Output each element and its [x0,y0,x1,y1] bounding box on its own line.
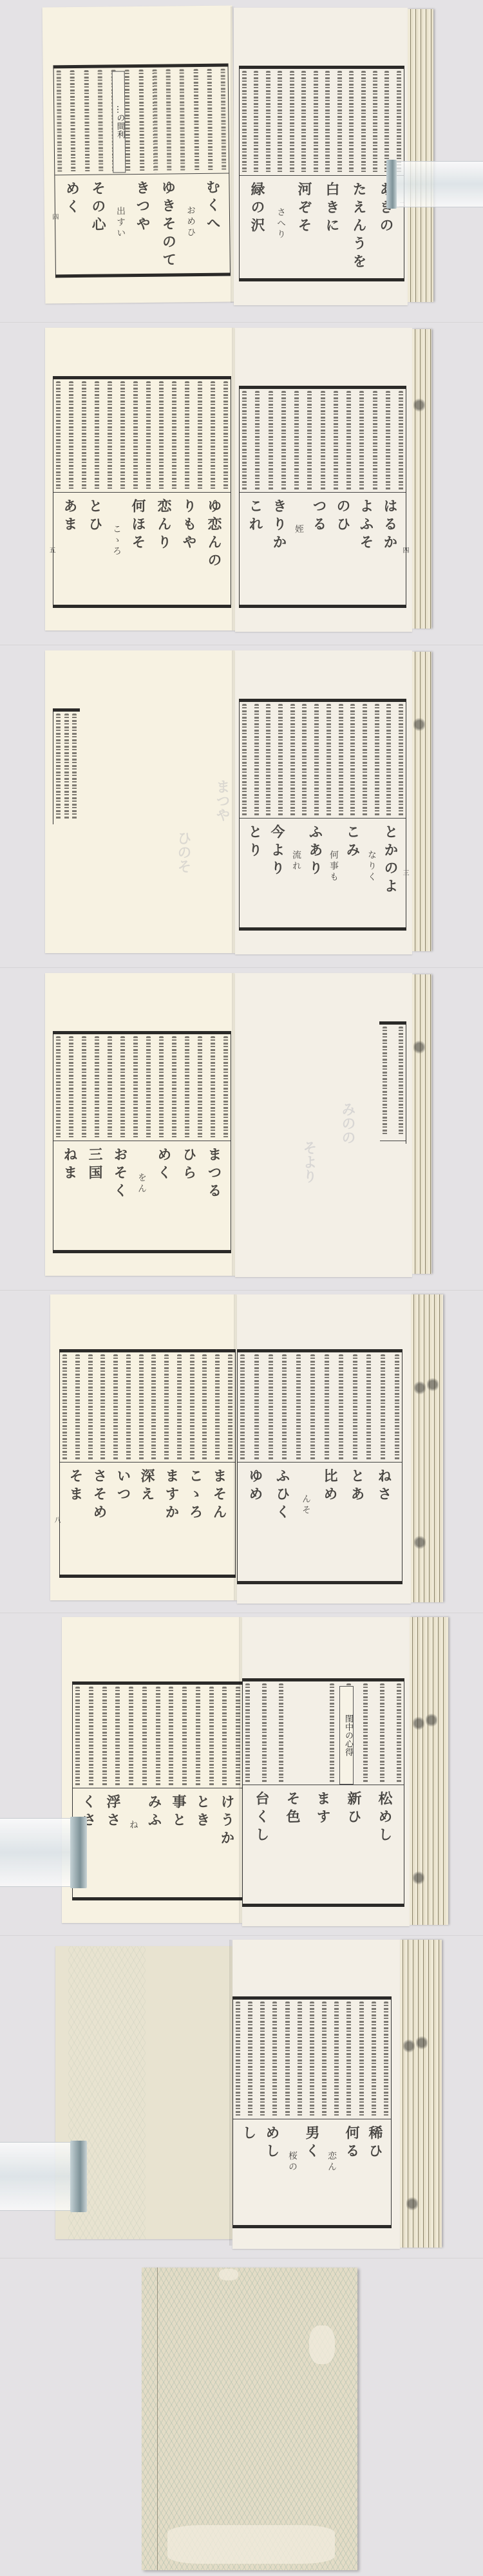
photo-panel-3: まつや ひのそ とかのよ なりく こみ 何事も ふあり 流れ 今より と [0,645,483,967]
annotation-columns [242,391,403,491]
folio-number: 四 [50,213,59,220]
folio-number: 五 [46,547,56,553]
photo-panel-4: まつる ひら めく をん おそく 三国 ねま みのの [0,967,483,1290]
section-heading: …の間利 [112,71,126,173]
open-book: まそん こゝろ ますか 深え いつ さそめ そま 八 [50,1294,462,1607]
glass-book-weight [386,161,483,207]
annotation-columns [242,704,403,817]
annotation-columns [62,1354,232,1461]
text-frame: …の間利 むくへ おめひ ゆきそのて きつや 出すい その心 めく [53,64,231,278]
photo-panel-6: けうか とき 事と みふ ね 浮さ くさ 閨中の心得 [0,1613,483,1935]
main-text: むくへ おめひ ゆきそのて きつや 出すい その心 めく [59,180,225,272]
main-text: まつる ひら めく をん おそく 三国 ねま [57,1147,227,1247]
right-page: 稀ひ 何る 恋ん 男く 桜の めし し [232,1940,400,2249]
show-through-text: みのの [338,1102,358,1144]
main-text: まそん こゝろ ますか 深え いつ さそめ そま [64,1468,231,1571]
left-page: ゆ恋んの りもや 恋んり 何ほそ こゝろ とひ あま 五 [45,328,235,630]
text-frame: ねさ とあ 比め んそ ふひく ゆめ [237,1349,402,1584]
main-text: 松めし 新ひ ます そ色 台くし [247,1791,400,1900]
text-frame: あきの たえんうを 白きに 河ぞそ さへり 緑の沢 [239,66,404,281]
main-text: とかのよ なりく こみ 何事も ふあり 流れ 今より とり [243,824,402,927]
annotation-columns [56,381,228,491]
open-book: 稀ひ 何る 恋ん 男く 桜の めし し [55,1940,468,2252]
photo-panel-7: 稀ひ 何る 恋ん 男く 桜の めし し [0,1935,483,2258]
folio-number: 三 [400,869,410,876]
annotation-columns [240,1354,399,1461]
show-through-text: そより [299,1141,319,1183]
main-text: けうか とき 事と みふ ね 浮さ くさ [77,1794,239,1894]
open-book: まつる ひら めく をん おそく 三国 ねま みのの [45,973,444,1282]
annotation-columns [236,2002,388,2117]
annotation-columns [245,1683,401,1783]
open-book: ゆ恋んの りもや 恋んり 何ほそ こゝろ とひ あま 五 [45,328,444,637]
text-frame: はるか よふそ のひ つる 姪 きりか これ [239,386,406,608]
text-frame: けうか とき 事と みふ ね 浮さ くさ [72,1681,243,1900]
left-page: けうか とき 事と みふ ね 浮さ くさ [62,1617,242,1923]
annotation-columns [242,71,401,174]
right-page: とかのよ なりく こみ 何事も ふあり 流れ 今より とり 三 [235,650,412,954]
photo-panel-8 [0,2258,483,2576]
left-page: まつや ひのそ [45,650,235,953]
text-frame: ゆ恋んの りもや 恋んり 何ほそ こゝろ とひ あま [53,376,231,608]
main-text: はるか よふそ のひ つる 姪 きりか これ [243,498,402,605]
open-book: けうか とき 事と みふ ね 浮さ くさ 閨中の心得 [62,1617,474,1929]
right-page: はるか よふそ のひ つる 姪 きりか これ 四 [235,328,412,632]
right-page: ねさ とあ 比め んそ ふひく ゆめ [237,1294,411,1604]
text-frame-fragment [380,1021,406,1144]
page-edges [412,652,431,951]
main-text: ゆ恋んの りもや 恋んり 何ほそ こゝろ とひ あま [57,498,227,601]
text-frame: まそん こゝろ ますか 深え いつ さそめ そま [59,1349,236,1578]
folio-number: 八 [52,1517,61,1523]
page-edges [411,1294,443,1602]
show-through-text: まつや [213,779,232,822]
text-frame: 稀ひ 何る 恋ん 男く 桜の めし し [232,1996,392,2228]
page-edges [408,9,433,302]
text-frame: 閨中の心得 松めし 新ひ ます そ色 台くし [242,1678,404,1907]
left-page: まそん こゝろ ますか 深え いつ さそめ そま 八 [50,1294,237,1600]
main-text: 稀ひ 何る 恋ん 男く 桜の めし し [237,2125,387,2222]
annotation-columns [57,69,227,174]
glass-book-weight [0,1818,87,1887]
glass-book-weight [0,2142,87,2211]
show-through-text: ひのそ [174,831,194,873]
text-frame: とかのよ なりく こみ 何事も ふあり 流れ 今より とり [239,699,406,931]
left-page: …の間利 むくへ おめひ ゆきそのて きつや 出すい その心 めく 四 [43,5,236,303]
annotation-columns [75,1687,240,1786]
folio-number: 四 [400,547,410,553]
photo-panel-1: …の間利 むくへ おめひ ゆきそのて きつや 出すい その心 めく 四 [0,0,483,322]
right-page: あきの たえんうを 白きに 河ぞそ さへり 緑の沢 二 [234,8,408,305]
annotation-columns [56,1036,228,1139]
text-frame: まつる ひら めく をん おそく 三国 ねま [53,1031,231,1253]
open-book: …の間利 むくへ おめひ ゆきそのて きつや 出すい その心 めく 四 [44,6,443,309]
photo-panel-2: ゆ恋んの りもや 恋んり 何ほそ こゝろ とひ あま 五 [0,322,483,645]
right-page: みのの そより [235,973,412,1277]
section-heading: 閨中の心得 [339,1686,354,1785]
text-frame-fragment [53,708,79,824]
annotation-columns [56,714,77,820]
open-book: まつや ひのそ とかのよ なりく こみ 何事も ふあり 流れ 今より と [45,650,444,960]
main-text: ねさ とあ 比め んそ ふひく ゆめ [241,1468,398,1578]
photo-panel-5: まそん こゝろ ますか 深え いつ さそめ そま 八 [0,1290,483,1613]
right-page: 閨中の心得 松めし 新ひ ます そ色 台くし [242,1617,410,1926]
page-edges [412,329,431,629]
left-page: まつる ひら めく をん おそく 三国 ねま [45,973,235,1276]
main-text: あきの たえんうを 白きに 河ぞそ さへり 緑の沢 [243,182,400,278]
annotation-columns [383,1027,403,1136]
book-front-cover [142,2268,357,2570]
page-edges [412,974,431,1274]
